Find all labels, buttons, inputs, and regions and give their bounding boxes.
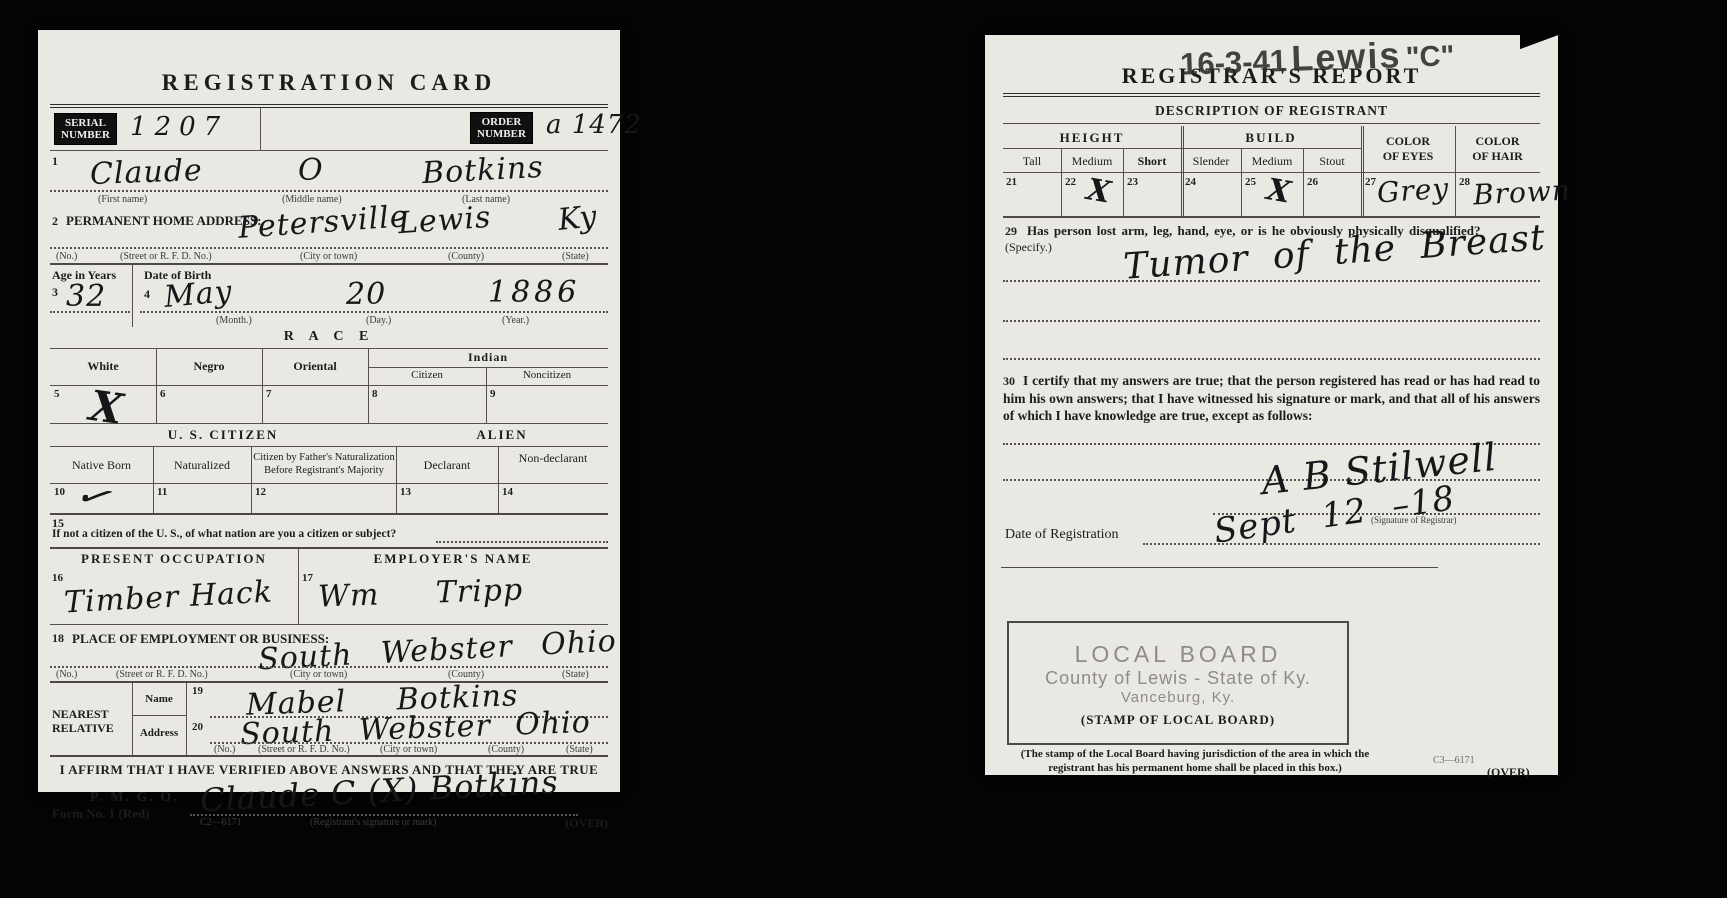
occupation-header-row: PRESENT OCCUPATION EMPLOYER'S NAME (50, 547, 608, 570)
race-indian-citizen-label: Citizen (368, 369, 486, 381)
question-number: 29 (1005, 224, 1017, 239)
medium-label: Medium (1241, 154, 1303, 169)
native-born-mark: ✓ (70, 475, 117, 518)
naturalized-label: Naturalized (153, 458, 251, 473)
height-medium-mark: X (1084, 172, 1114, 211)
race-negro-label: Negro (156, 359, 262, 374)
over-label: (OVER) (1487, 765, 1530, 780)
citizen-cell-number: 12 (255, 486, 266, 498)
dotted-line (50, 247, 608, 249)
race-indian-noncitizen-label: Noncitizen (486, 369, 608, 381)
registrant-signature-label: (Registrant's signature or mark) (310, 817, 437, 828)
race-cell-number: 9 (490, 388, 496, 400)
local-board-line1: LOCAL BOARD (1009, 641, 1347, 668)
address-sublabel: (No.) (56, 251, 77, 262)
short-label: Short (1123, 154, 1181, 169)
address-sublabel: (State) (562, 251, 589, 262)
race-cell-number: 5 (54, 388, 60, 400)
desc-cell-number: 25 (1245, 176, 1256, 188)
board-fine-print: (The stamp of the Local Board having jur… (1009, 747, 1381, 776)
home-address-row: 2 PERMANENT HOME ADDRESS: Petersville Le… (50, 205, 608, 263)
age-value: 32 (66, 279, 106, 314)
employers-name-header: EMPLOYER'S NAME (298, 551, 608, 567)
address-sublabel: (City or town) (300, 251, 357, 262)
relative-sublabel: (No.) (214, 744, 235, 755)
over-label: (OVER) (565, 816, 608, 831)
eye-color-value: Grey (1376, 172, 1450, 210)
build-medium-mark: X (1264, 172, 1294, 211)
dotted-line (190, 814, 578, 816)
citizen-cell-number: 10 (54, 486, 65, 498)
row-number: 2 (52, 214, 58, 229)
relative-address-label: Address (132, 727, 186, 739)
dob-number: 4 (144, 287, 150, 302)
color-of-eyes-header: COLOR OF EYES (1361, 134, 1455, 164)
order-number-value: a 1472 (546, 110, 642, 140)
divider (298, 570, 299, 624)
form-number-label: Form No. 1 (Red) (52, 806, 149, 822)
registration-card-title: REGISTRATION CARD (38, 30, 620, 96)
name-row: 1 Claude O Botkins (First name) (Middle … (50, 151, 608, 205)
divider (1003, 123, 1540, 124)
occupation-values-row: 16 Timber Hack 17 Wm Tripp (50, 570, 608, 625)
dob-month-value: May (163, 274, 234, 315)
divider (50, 483, 608, 484)
middle-name-value: O (298, 153, 324, 188)
row-number: 20 (192, 721, 203, 733)
relative-sublabel: (County) (488, 744, 524, 755)
row-number: 1 (52, 154, 58, 169)
employment-sublabel: (No.) (56, 669, 77, 680)
race-cell-number: 6 (160, 388, 166, 400)
build-header: BUILD (1181, 130, 1361, 146)
tall-label: Tall (1003, 154, 1061, 169)
form-code: C2—6171 (200, 817, 242, 828)
occupation-value: Timber Hack (63, 575, 273, 621)
slender-label: Slender (1181, 154, 1241, 169)
desc-cell-number: 24 (1185, 176, 1196, 188)
divider (396, 447, 397, 513)
relative-name-label: Name (132, 693, 186, 705)
age-number: 3 (52, 285, 58, 300)
year-sublabel: (Year.) (502, 315, 529, 326)
father-naturalization-label: Citizen by Father's Naturalization Befor… (253, 452, 395, 477)
dotted-line (1143, 543, 1540, 545)
native-born-label: Native Born (50, 458, 153, 473)
nearest-relative-block: NEAREST RELATIVE Name Address 19 Mabel B… (50, 683, 608, 757)
stout-label: Stout (1303, 154, 1361, 169)
dotted-line (1003, 320, 1540, 322)
race-oriental-label: Oriental (262, 359, 368, 374)
certification-text: 30I certify that my answers are true; th… (1003, 372, 1540, 425)
nondeclarant-label: Non-declarant (498, 452, 608, 465)
question-29-block: 29 Has person lost arm, leg, hand, eye, … (1003, 218, 1540, 366)
declarant-label: Declarant (396, 458, 498, 473)
description-table: HEIGHT BUILD COLOR OF EYES COLOR OF HAIR… (1003, 126, 1540, 218)
divider (251, 447, 252, 513)
dotted-line (50, 190, 608, 192)
form-code: C3—6171 (1433, 755, 1475, 766)
date-of-registration-label: Date of Registration (1005, 527, 1119, 543)
divider (132, 715, 186, 716)
race-cell-number: 8 (372, 388, 378, 400)
dotted-line (1003, 358, 1540, 360)
relative-sublabel: (State) (566, 744, 593, 755)
dob-day-value: 20 (346, 277, 386, 312)
day-sublabel: (Day.) (366, 315, 391, 326)
nearest-relative-label: NEAREST RELATIVE (52, 707, 114, 736)
citizen-cell-number: 14 (502, 486, 513, 498)
first-name-value: Claude (89, 153, 203, 192)
medium-label: Medium (1061, 154, 1123, 169)
divider (153, 447, 154, 513)
home-address-label: PERMANENT HOME ADDRESS: (66, 213, 262, 229)
cell-number: 17 (302, 572, 313, 584)
address-county-value: Lewis (397, 200, 493, 241)
serial-number-value: 1207 (130, 112, 228, 142)
desc-cell-number: 23 (1127, 176, 1138, 188)
local-board-line2: County of Lewis - State of Ky. (1009, 668, 1347, 689)
divider (1003, 148, 1361, 149)
divider (50, 385, 608, 386)
row-number: 19 (192, 685, 203, 697)
citizen-cell-number: 11 (157, 486, 167, 498)
scan-background: REGISTRATION CARD SERIAL NUMBER 1207 ORD… (0, 0, 1727, 898)
divider (260, 108, 261, 150)
row-number: 18 (52, 631, 64, 646)
question-15-text: If not a citizen of the U. S., of what n… (52, 528, 396, 540)
dotted-line (436, 541, 608, 543)
dotted-line (1003, 280, 1540, 282)
serial-order-row: SERIAL NUMBER 1207 ORDER NUMBER a 1472 (50, 108, 608, 151)
address-state-value: Ky (556, 199, 599, 238)
citizenship-table: Native Born Naturalized Citizen by Fathe… (50, 447, 608, 515)
citizen-alien-band: U. S. CITIZEN ALIEN (50, 424, 608, 447)
divider (186, 683, 187, 755)
employment-sublabel: (City or town) (290, 669, 347, 680)
divider (132, 265, 133, 327)
description-header: DESCRIPTION OF REGISTRANT (985, 97, 1558, 119)
address-city-value: Petersville (237, 199, 410, 246)
desc-cell-number: 21 (1006, 176, 1017, 188)
relative-sublabel: (City or town) (380, 744, 437, 755)
employment-sublabel: (Street or R. F. D. No.) (116, 669, 208, 680)
left-card-footer: P. M. G. O. Form No. 1 (Red) Claude C (X… (50, 778, 608, 836)
us-citizen-header: U. S. CITIZEN (50, 427, 396, 443)
employment-sublabel: (State) (562, 669, 589, 680)
serial-number-label: SERIAL NUMBER (54, 113, 117, 145)
local-board-line3: Vanceburg, Ky. (1009, 689, 1347, 706)
order-number-label: ORDER NUMBER (470, 112, 533, 144)
first-name-label: (First name) (98, 194, 147, 205)
dob-year-value: 1886 (488, 275, 580, 310)
specify-label: (Specify.) (1005, 240, 1052, 255)
pmgo-label: P. M. G. O. (90, 790, 179, 806)
color-of-hair-header: COLOR OF HAIR (1455, 134, 1540, 164)
registration-card: REGISTRATION CARD SERIAL NUMBER 1207 ORD… (38, 30, 620, 792)
cell-number: 16 (52, 572, 63, 584)
divider (368, 367, 608, 368)
age-dob-row: Age in Years 3 32 Date of Birth 4 May 20… (50, 263, 608, 327)
stamp-of-local-board-label: (STAMP OF LOCAL BOARD) (1009, 712, 1347, 728)
race-header: R A C E (38, 327, 620, 348)
stamp-letter: "C" (1405, 40, 1455, 74)
dotted-line (50, 666, 608, 668)
race-white-label: White (50, 359, 156, 374)
stamp-county: Lewis (1291, 34, 1402, 79)
desc-cell-number: 28 (1459, 176, 1470, 188)
desc-cell-number: 22 (1065, 176, 1076, 188)
certification-block: 30I certify that my answers are true; th… (1003, 372, 1540, 425)
registrars-report-card: 16-3-41 Lewis "C" REGISTRAR'S REPORT DES… (985, 35, 1558, 775)
employer-name-value: Wm Tripp (317, 572, 523, 614)
address-sublabel: (Street or R. F. D. No.) (120, 251, 212, 262)
alien-header: ALIEN (396, 427, 608, 443)
question-15-row: 15 If not a citizen of the U. S., of wha… (50, 515, 608, 547)
citizen-cell-number: 13 (400, 486, 411, 498)
local-board-stamp-box: LOCAL BOARD County of Lewis - State of K… (1007, 621, 1349, 745)
present-occupation-header: PRESENT OCCUPATION (50, 551, 298, 567)
relative-sublabel: (Street or R. F. D. No.) (258, 744, 350, 755)
stamp-date: 16-3-41 (1180, 43, 1288, 82)
desc-cell-number: 26 (1307, 176, 1318, 188)
address-sublabel: (County) (448, 251, 484, 262)
race-table: White Negro Oriental Indian Citizen Nonc… (50, 348, 608, 424)
desc-cell-number: 27 (1365, 176, 1376, 188)
employment-place-row: 18 PLACE OF EMPLOYMENT OR BUSINESS: Sout… (50, 625, 608, 683)
employment-sublabel: (County) (448, 669, 484, 680)
last-name-value: Botkins (421, 150, 544, 191)
dotted-line (50, 311, 130, 313)
registrar-signature-block: A B Stilwell (Signature of Registrar) Da… (1003, 425, 1540, 555)
height-header: HEIGHT (1003, 130, 1181, 146)
hair-color-value: Brown (1472, 173, 1571, 211)
dotted-line (140, 311, 608, 313)
divider (1001, 567, 1438, 568)
race-cell-number: 7 (266, 388, 272, 400)
race-indian-label: Indian (368, 350, 608, 365)
month-sublabel: (Month.) (216, 315, 252, 326)
